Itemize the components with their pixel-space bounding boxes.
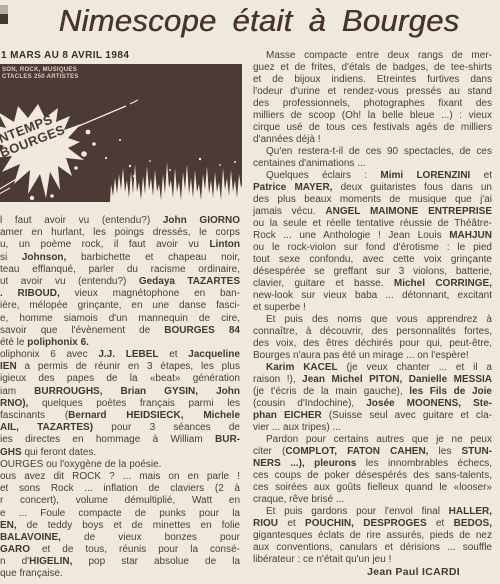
text-line: Karim KACEL (je veux chanter ... et il a <box>253 362 492 374</box>
text-line: si Johnson, barbichette et chapeau noir, <box>0 252 240 264</box>
text-line: centaines d'animations ... <box>253 158 492 170</box>
text-run: l faut avoir vu (entendu?) <box>0 215 163 226</box>
text-run: et de bijoux indiens. Etreintes furtives… <box>253 74 492 85</box>
highlighted-name: AIL, TAZARTES) <box>0 422 93 433</box>
text-line: ies directes en hommage à William BUR- <box>0 434 240 446</box>
highlighted-name: EN, <box>0 520 17 531</box>
highlighted-name: Linton <box>209 239 240 250</box>
highlighted-name: John GIORNO <box>163 215 240 226</box>
text-line: l'odeur d'urine et rendez-vous pressés a… <box>253 86 492 98</box>
text-run: milliers de scoop (Oh! la belle bleue ..… <box>253 110 492 121</box>
text-run: connaître, à découvrir, des personnalité… <box>253 326 492 337</box>
text-run: jamais vécu. <box>253 206 325 217</box>
text-run: aux conventions, canulars et dérisions .… <box>253 542 492 553</box>
highlighted-name: . RIBOUD, <box>0 288 60 299</box>
text-line: igieux des papes de la «beat» génération <box>0 373 240 385</box>
text-run: été le <box>0 337 27 348</box>
text-run: raison !), <box>253 374 302 385</box>
highlighted-name: RNO), <box>0 398 28 409</box>
text-run: que française. <box>0 568 63 579</box>
text-run: si <box>0 252 22 263</box>
text-run: et de tous, réunis pour la consé- <box>30 544 240 555</box>
text-run: guez et de frites, d'étals de badges, de… <box>253 62 492 73</box>
text-line: savoir que l'évènement de BOURGES 84 <box>0 325 240 337</box>
poster-subtitle-line1: SON, ROCK, MUSIQUES <box>2 67 79 74</box>
text-run: e ... Foule compacte de punks pour la <box>0 508 240 519</box>
text-line: GARO et de tous, réunis pour la consé- <box>0 544 240 556</box>
text-line: guez et de frites, d'étals de badges, de… <box>253 62 492 74</box>
highlighted-name: MAHJUN <box>449 230 492 241</box>
text-run: n d' <box>0 556 29 567</box>
text-run: barbichette et chapeau noir, <box>66 252 240 263</box>
text-line: EN, de teddy boys et de minettes en foli… <box>0 520 240 532</box>
highlighted-name: BURROUGHS, Brian GYSIN, John <box>34 386 240 397</box>
highlighted-name: Jean Michel PITON, Danielle MESSIA <box>302 374 492 385</box>
text-run: Qu'en restera-t-il de ces 90 spectacles,… <box>266 146 492 157</box>
text-run: les innombrables échecs, <box>356 458 492 469</box>
text-line: n d'HIGELIN, pop star absolue de la <box>0 556 240 568</box>
scanned-article-page: Nimescope était à Bourges 1 MARS AU 8 AV… <box>0 0 500 584</box>
text-line: Masse compacte entre deux rangs de mer- <box>253 50 492 62</box>
highlighted-name: Patrice MAYER, <box>253 182 332 193</box>
text-line: RIOU et POUCHIN, DESPROGES et BEDOS, <box>253 518 492 530</box>
text-line: amer en hurlant, les poings dressés, le … <box>0 227 240 239</box>
text-run: (Suisse seul avec guitare et cla- <box>322 410 492 421</box>
text-run: oliphonix 6 avec <box>0 349 98 360</box>
text-run: new-look sur vieux baba ... détonnant, e… <box>253 290 492 301</box>
text-line: désespérée se greffant sur 3 violons, ba… <box>253 266 492 278</box>
scan-edge-mark-dark <box>0 14 8 24</box>
text-run: des plus beaux moments de musique que j'… <box>253 194 492 205</box>
text-line: Bourges n'aura pas été un mirage ... on … <box>253 350 492 362</box>
text-run: ou le rock-violon sur fond d'érotisme : … <box>253 242 492 253</box>
text-run: Et puis gardons pour l'envol final <box>266 506 449 517</box>
text-run: et sons Rock ... inflation de claviers (… <box>0 483 240 494</box>
text-line: été le poliphonix 6. <box>0 337 240 349</box>
crowd-silhouette-graphic <box>110 156 242 202</box>
text-line: ces coups de poker désespérés des sans-t… <box>253 470 492 482</box>
text-run: teau efflanqué, parler du racisme ordina… <box>0 264 240 275</box>
highlighted-name: Jacqueline <box>188 349 240 360</box>
text-run: ous avez dit ROCK ? ... mais on en parle… <box>0 471 240 482</box>
text-line: (je t'écris de la main gauche), les Fils… <box>253 386 492 398</box>
text-line: libérateur : ce n'était qu'un jeu ! <box>253 554 492 566</box>
text-line: OURGES ou l'oxygène de la poésie. <box>0 459 240 471</box>
text-run: l'odeur d'urine et rendez-vous pressés a… <box>253 86 492 97</box>
text-run: centaines d'animations ... <box>253 158 366 169</box>
text-run: d'années déjà ! <box>253 134 321 145</box>
text-run: tout sexe confondu, avec cette voix grin… <box>253 254 492 265</box>
highlighted-name: STUN- <box>461 446 492 457</box>
text-line: clavier, guitare et basse. Michel CORRIN… <box>253 278 492 290</box>
text-line: ou la seule et réelle tentative réussie … <box>253 218 492 230</box>
text-run: clavier, guitare et basse. <box>253 278 394 289</box>
highlighted-name: Gedaya TAZARTES <box>139 276 240 287</box>
text-run: (cousin d'Indochine), <box>253 398 366 409</box>
text-line: jamais vécu. ANGEL MAIMONE ENTREPRISE <box>253 206 492 218</box>
text-run: de teddy boys et de minettes en folie <box>17 520 240 531</box>
text-run: ces coups de poker désespérés des sans-t… <box>253 470 492 481</box>
text-line: ut avoir vu (entendu?) Gedaya TAZARTES <box>0 276 240 288</box>
text-run: ces soirées aux goûts fielleux quand le … <box>253 482 492 493</box>
article-title: Nimescope était à Bourges <box>28 3 490 39</box>
text-run: ut avoir vu (entendu?) <box>0 276 139 287</box>
text-run: ies directes en hommage à William <box>0 434 215 445</box>
text-line: vier ... aux tripes) ... <box>253 422 492 434</box>
text-line: Quelques éclairs : Mimi LORENZINI et <box>253 170 492 182</box>
text-run: Pardon pour certains autres que je ne pe… <box>266 434 492 445</box>
text-run: Quelques éclairs : <box>266 170 380 181</box>
text-line: que française. <box>0 568 240 580</box>
scan-edge-mark-light <box>0 5 8 14</box>
text-run: ière, mélopée grinçante, en une danse fa… <box>0 300 240 311</box>
text-run: et <box>427 518 454 529</box>
text-run: vier ... aux tripes) ... <box>253 422 341 433</box>
highlighted-name: IEN <box>0 361 17 372</box>
highlighted-name: BUR- <box>215 434 240 445</box>
text-line: IEN a permis de réunir en 3 étapes, les … <box>0 361 240 373</box>
text-line: phan EICHER (Suisse seul avec guitare et… <box>253 410 492 422</box>
text-run: Bourges n'aura pas été un mirage ... on … <box>253 350 469 361</box>
highlighted-name: Johnson, <box>22 252 66 263</box>
text-line: ces soirées aux goûts fielleux quand le … <box>253 482 492 494</box>
text-run: et superbe ! <box>253 302 306 313</box>
highlighted-name: Bernard HEIDSIECK, Michele <box>68 410 240 421</box>
highlighted-name: NERS ...), pleurons <box>253 458 356 469</box>
text-line: r concert), volume démultiplié, Watt en <box>0 495 240 507</box>
text-run: craque, rêve brisé ... <box>253 494 344 505</box>
text-line: aux conventions, canulars et dérisions .… <box>253 542 492 554</box>
text-run: deux guitaristes fous dans un <box>332 182 492 193</box>
highlighted-name: BALAVOINE, <box>0 532 61 543</box>
text-line: new-look sur vieux baba ... détonnant, e… <box>253 290 492 302</box>
text-line: et sons Rock ... inflation de claviers (… <box>0 483 240 495</box>
text-line: cirque usé de tous ces festivals agés de… <box>253 122 492 134</box>
text-line: e ... Foule compacte de punks pour la <box>0 508 240 520</box>
text-line: ou le rock-violon sur fond d'érotisme : … <box>253 242 492 254</box>
text-line: Rock ... une Anthologie ! Jean Louis MAH… <box>253 230 492 242</box>
text-line: (cousin d'Indochine), Josée MOONENS, Ste… <box>253 398 492 410</box>
highlighted-name: Michel CORRINGE, <box>394 278 492 289</box>
text-line: et superbe ! <box>253 302 492 314</box>
text-run: iam <box>0 386 34 397</box>
text-run: fascinants ( <box>0 410 68 421</box>
poster-subtitle-line2: CTACLES 250 ARTISTES <box>2 74 79 81</box>
text-run: des professionnels, photographes fixant … <box>253 98 492 109</box>
text-run: amer en hurlant, les poings dressés, le … <box>0 227 240 238</box>
text-run: des voix, des êtres déchirés pour qui, p… <box>253 338 492 349</box>
text-line: Pardon pour certains autres que je ne pe… <box>253 434 492 446</box>
text-run: Masse compacte entre deux rangs de mer- <box>266 50 492 61</box>
text-run: gigantesques éclats de rire assurés, pie… <box>253 530 492 541</box>
text-run: savoir que l'évènement de <box>0 325 164 336</box>
text-run: et <box>159 349 189 360</box>
poster-date-line: 1 MARS AU 8 AVRIL 1984 <box>1 50 129 61</box>
highlighted-name: GHS <box>0 447 22 458</box>
text-line: AIL, TAZARTES) pour 3 séances de <box>0 422 240 434</box>
text-line: des voix, des êtres déchirés pour qui, p… <box>253 338 492 350</box>
text-line: citer (COMPLOT, FATON CAHEN, les STUN- <box>253 446 492 458</box>
highlighted-name: Mimi LORENZINI <box>380 170 470 181</box>
text-run: désespérée se greffant sur 3 violons, ba… <box>253 266 492 277</box>
text-run: r concert), volume démultiplié, Watt en <box>0 495 240 506</box>
right-column-text: Masse compacte entre deux rangs de mer-g… <box>253 50 492 566</box>
text-line: . RIBOUD, vieux magnétophone en ban- <box>0 288 240 300</box>
text-run: cirque usé de tous ces festivals agés de… <box>253 122 492 133</box>
text-line: e, homme siamois d'un mannequin de cire, <box>0 313 240 325</box>
text-line: d'années déjà ! <box>253 134 492 146</box>
text-line: raison !), Jean Michel PITON, Danielle M… <box>253 374 492 386</box>
text-run: citer ( <box>253 446 285 457</box>
text-run: (je t'écris de la main gauche), <box>253 386 409 397</box>
highlighted-name: les Fils de Joie <box>409 386 492 397</box>
text-line: Patrice MAYER, deux guitaristes fous dan… <box>253 182 492 194</box>
text-run: ou la seule et réelle tentative réussie … <box>253 218 492 229</box>
text-line: oliphonix 6 avec J.J. LEBEL et Jacquelin… <box>0 349 240 361</box>
text-run: igieux des papes de la «beat» génération <box>0 373 240 384</box>
highlighted-name: HALLER, <box>449 506 492 517</box>
text-line: iam BURROUGHS, Brian GYSIN, John <box>0 386 240 398</box>
text-run: qui feront dates. <box>22 447 97 458</box>
text-run: Rock ... une Anthologie ! Jean Louis <box>253 230 449 241</box>
text-run: pop star absolue de la <box>72 556 240 567</box>
text-run: quelques poètes français parmi les <box>28 398 240 409</box>
highlighted-name: Karim KACEL <box>266 362 338 373</box>
text-line: craque, rêve brisé ... <box>253 494 492 506</box>
text-line: GHS qui feront dates. <box>0 447 240 459</box>
text-run: Et puis des noms que vous apprendrez à <box>266 314 492 325</box>
text-line: Qu'en restera-t-il de ces 90 spectacles,… <box>253 146 492 158</box>
text-line: u, un poème rock, il faut avoir vu Linto… <box>0 239 240 251</box>
highlighted-name: phan EICHER <box>253 410 322 421</box>
text-run: vieux magnétophone en ban- <box>60 288 240 299</box>
text-run: de vieux bonzes pour <box>61 532 240 543</box>
highlighted-name: poliphonix 6. <box>27 337 89 348</box>
highlighted-name: GARO <box>0 544 30 555</box>
text-line: Et puis des noms que vous apprendrez à <box>253 314 492 326</box>
text-run: libérateur : ce n'était qu'un jeu ! <box>253 554 391 565</box>
text-line: des professionnels, photographes fixant … <box>253 98 492 110</box>
highlighted-name: Josée MOONENS, Ste- <box>366 398 492 409</box>
text-line: ière, mélopée grinçante, en une danse fa… <box>0 300 240 312</box>
text-run: pour 3 séances de <box>93 422 240 433</box>
text-line: ous avez dit ROCK ? ... mais on en parle… <box>0 471 240 483</box>
highlighted-name: BOURGES 84 <box>164 325 240 336</box>
text-line: des plus beaux moments de musique que j'… <box>253 194 492 206</box>
text-line: l faut avoir vu (entendu?) John GIORNO <box>0 215 240 227</box>
text-run: e, homme siamois d'un mannequin de cire, <box>0 313 240 324</box>
text-line: tout sexe confondu, avec cette voix grin… <box>253 254 492 266</box>
text-run: et <box>470 170 492 181</box>
text-line: fascinants (Bernard HEIDSIECK, Michele <box>0 410 240 422</box>
festival-poster: SON, ROCK, MUSIQUES CTACLES 250 ARTISTES… <box>0 64 242 202</box>
highlighted-name: HIGELIN, <box>29 556 72 567</box>
text-run: et <box>278 518 305 529</box>
highlighted-name: BEDOS, <box>454 518 492 529</box>
left-column-text: l faut avoir vu (entendu?) John GIORNOam… <box>0 215 240 581</box>
author-byline: Jean Paul ICARDI <box>367 566 460 578</box>
highlighted-name: POUCHIN, DESPROGES <box>305 518 427 529</box>
poster-subtitle: SON, ROCK, MUSIQUES CTACLES 250 ARTISTES <box>2 67 79 81</box>
text-run: OURGES ou l'oxygène de la poésie. <box>0 459 161 470</box>
text-run: u, un poème rock, il faut avoir vu <box>0 239 209 250</box>
text-run: a permis de réunir en 3 étapes, les plus <box>17 361 240 372</box>
text-line: connaître, à découvrir, des personnalité… <box>253 326 492 338</box>
text-line: milliers de scoop (Oh! la belle bleue ..… <box>253 110 492 122</box>
text-run: (je veux chanter ... et il a <box>338 362 492 373</box>
text-line: BALAVOINE, de vieux bonzes pour <box>0 532 240 544</box>
text-line: et de bijoux indiens. Etreintes furtives… <box>253 74 492 86</box>
highlighted-name: RIOU <box>253 518 278 529</box>
highlighted-name: ANGEL MAIMONE ENTREPRISE <box>325 206 492 217</box>
highlighted-name: J.J. LEBEL <box>98 349 158 360</box>
text-line: gigantesques éclats de rire assurés, pie… <box>253 530 492 542</box>
text-line: RNO), quelques poètes français parmi les <box>0 398 240 410</box>
text-run: les <box>428 446 461 457</box>
highlighted-name: COMPLOT, FATON CAHEN, <box>285 446 428 457</box>
text-line: teau efflanqué, parler du racisme ordina… <box>0 264 240 276</box>
text-line: Et puis gardons pour l'envol final HALLE… <box>253 506 492 518</box>
text-line: NERS ...), pleurons les innombrables éch… <box>253 458 492 470</box>
